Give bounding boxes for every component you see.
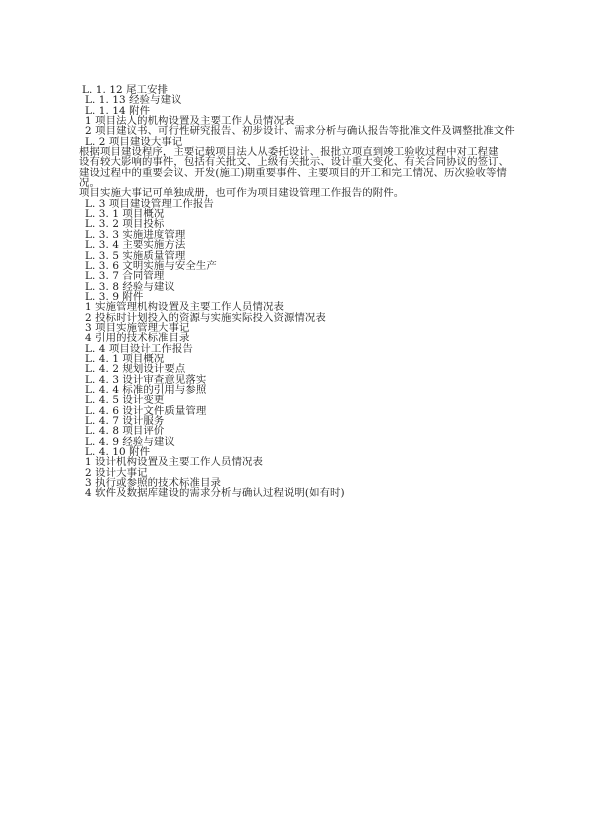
document-body: L. 1. 12 尾工安排 L. 1. 13 经验与建议 L. 1. 14 附件…	[82, 85, 552, 499]
list-item: 4 软件及数据库建设的需求分析与确认过程说明(如有时)	[82, 488, 552, 498]
body-paragraph: 根据项目建设程序，主要记载项目法人从委托设计、报批立项直到竣工验收过程中对工程建…	[79, 147, 543, 188]
list-item: 1 设计机构设置及主要工作人员情况表	[82, 457, 552, 467]
list-item: 1 实施管理机构设置及主要工作人员情况表	[82, 302, 552, 312]
section-heading: L. 3. 8 经验与建议	[82, 282, 552, 292]
section-heading: L. 3. 7 合同管理	[82, 271, 552, 281]
section-heading: L. 1. 13 经验与建议	[82, 95, 552, 105]
section-heading: L. 3. 4 主要实施方法	[82, 240, 552, 250]
section-heading: L. 4. 9 经验与建议	[82, 437, 552, 447]
document-page: L. 1. 12 尾工安排 L. 1. 13 经验与建议 L. 1. 14 附件…	[0, 0, 590, 835]
paragraph-line: 建设过程中的重要会议、开发(施工)期重要事件、主要项目的开工和完工情况、历次验收…	[79, 168, 543, 178]
